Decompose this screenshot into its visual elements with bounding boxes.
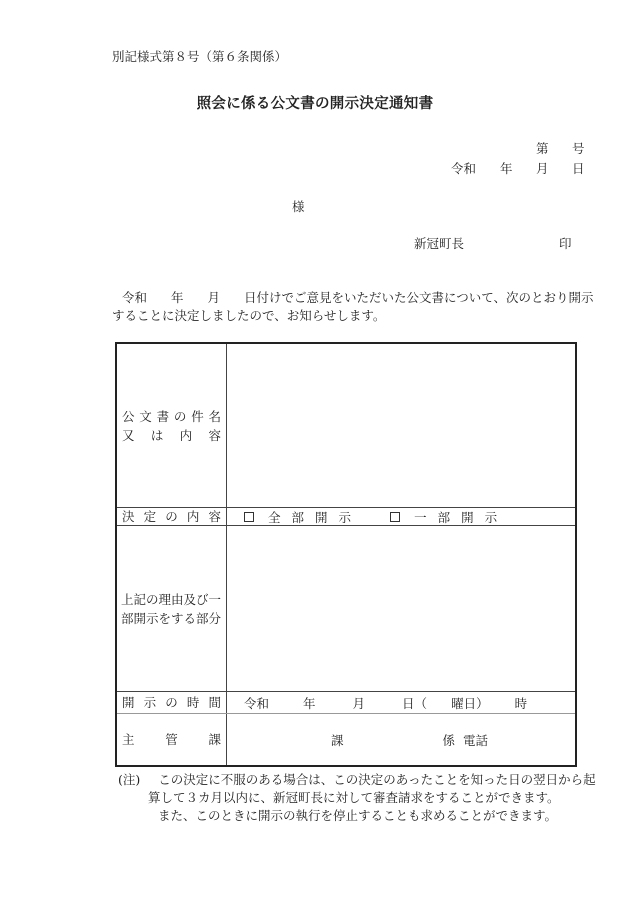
label-decision: 決 定 の 内 容 — [117, 508, 227, 525]
note-line-1: この決定に不服のある場合は、この決定のあったことを知った日の翌日から起 — [158, 772, 595, 787]
time-year: 年 — [303, 694, 316, 712]
number-suffix: 号 — [572, 139, 585, 157]
row-disclosure-time: 開 示 の 時 間 令和 年 月 日（ 曜日） 時 — [117, 692, 575, 714]
option-full-disclosure[interactable]: 全 部 開 示 — [244, 508, 362, 526]
disclosure-form-table: 公 文 書 の 件 名 又 は 内 容 決 定 の 内 容 — [115, 342, 577, 767]
body-line-1: 令和年月日付けでご意見をいただいた公文書について、次のとおり開示 — [112, 289, 594, 307]
footnote: (注)この決定に不服のある場合は、この決定のあったことを知った日の翌日から起 算… — [118, 771, 596, 825]
department-field[interactable]: 課 係 電話 — [227, 714, 575, 765]
date-year: 年 — [500, 159, 513, 177]
body-era: 令和 — [122, 290, 147, 305]
body-line-2: することに決定しましたので、お知らせします。 — [112, 307, 594, 325]
label-document-name: 公 文 書 の 件 名 又 は 内 容 — [117, 344, 227, 507]
time-day: 日（ — [402, 694, 427, 712]
dept-subsection: 係 — [443, 731, 456, 749]
dept-section: 課 — [331, 731, 344, 749]
note-line-3: また、このときに開示の執行を停止することも求めることができます。 — [118, 807, 596, 825]
row-department: 主 管 課 課 係 電話 — [117, 714, 575, 765]
sender-name: 新冠町長 — [414, 234, 464, 252]
label-department: 主 管 課 — [117, 714, 227, 765]
seal-mark: 印 — [559, 234, 572, 252]
body-paragraph: 令和年月日付けでご意見をいただいた公文書について、次のとおり開示 することに決定… — [112, 289, 594, 325]
note-line-2: 算して３カ月以内に、新冠町長に対して審査請求をすることができます。 — [118, 789, 596, 807]
recipient-honorific: 様 — [292, 197, 305, 215]
document-title: 照会に係る公文書の開示決定通知書 — [0, 92, 630, 113]
date-era: 令和 — [451, 159, 476, 177]
form-number: 別記様式第８号（第６条関係） — [112, 47, 287, 65]
date-day: 日 — [572, 159, 585, 177]
time-hour: 時 — [515, 694, 528, 712]
reason-field[interactable] — [227, 526, 575, 691]
option-partial-disclosure[interactable]: 一 部 開 示 — [390, 508, 508, 526]
note-prefix: (注) — [118, 772, 140, 787]
label-document-name-line-1: 公 文 書 の 件 名 — [122, 407, 221, 426]
row-reason: 上記の理由及び一 部開示をする部分 — [117, 526, 575, 692]
document-name-field[interactable] — [227, 344, 575, 507]
dept-phone: 電話 — [463, 731, 488, 749]
body-year: 年 — [171, 290, 184, 305]
decision-options: 全 部 開 示 一 部 開 示 — [227, 508, 575, 525]
time-weekday: 曜日） — [451, 694, 489, 712]
time-era: 令和 — [244, 694, 269, 712]
partial-disclosure-checkbox[interactable] — [390, 512, 400, 522]
label-document-name-line-2: 又 は 内 容 — [122, 426, 221, 445]
number-prefix: 第 — [536, 139, 549, 157]
time-month: 月 — [353, 694, 366, 712]
body-month: 月 — [208, 290, 221, 305]
row-document-name: 公 文 書 の 件 名 又 は 内 容 — [117, 344, 575, 508]
label-disclosure-time: 開 示 の 時 間 — [117, 692, 227, 713]
date-month: 月 — [536, 159, 549, 177]
body-line-1-rest: 日付けでご意見をいただいた公文書について、次のとおり開示 — [244, 290, 594, 305]
row-decision: 決 定 の 内 容 全 部 開 示 一 部 開 示 — [117, 508, 575, 526]
disclosure-time-field[interactable]: 令和 年 月 日（ 曜日） 時 — [227, 692, 575, 713]
label-reason: 上記の理由及び一 部開示をする部分 — [117, 526, 227, 691]
full-disclosure-checkbox[interactable] — [244, 512, 254, 522]
